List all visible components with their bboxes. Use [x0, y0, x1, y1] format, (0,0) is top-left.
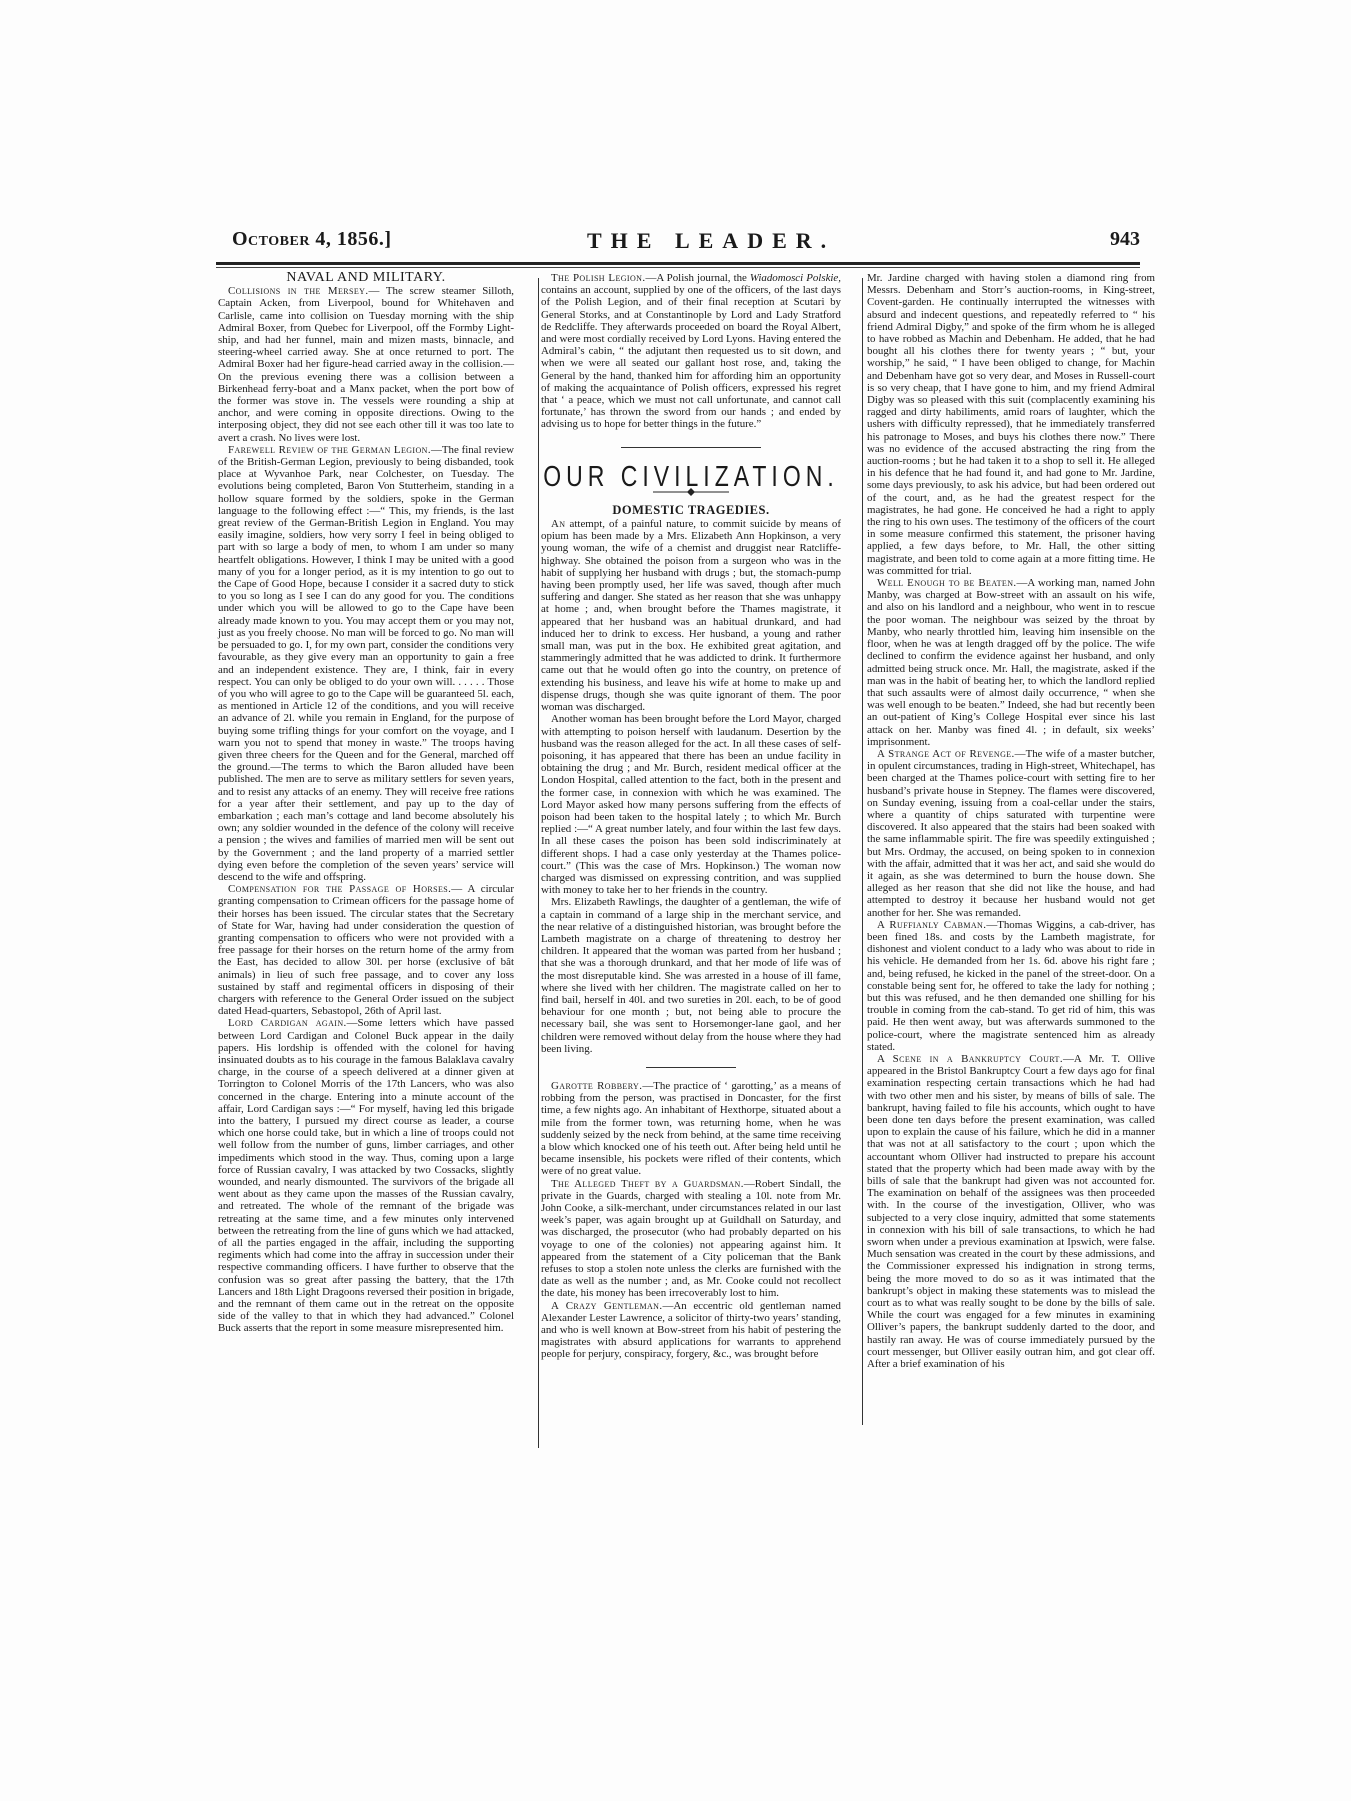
- masthead: October 4, 1856.] THE LEADER. 943: [232, 228, 1140, 254]
- article: An attempt, of a painful nature, to comm…: [541, 518, 841, 713]
- article: Farewell Review of the German Legion.—Th…: [218, 444, 514, 883]
- article-text: —A Polish journal, the: [645, 272, 749, 284]
- article: A Strange Act of Revenge.—The wife of a …: [867, 748, 1155, 919]
- article-lead: Collisions in the Mersey.: [228, 285, 368, 297]
- masthead-rule-thin: [216, 267, 1140, 268]
- newspaper-page: October 4, 1856.] THE LEADER. 943 NAVAL …: [0, 0, 1351, 1801]
- article-text: —A working man, named John Manby, was ch…: [867, 577, 1155, 748]
- article-lead: The Polish Legion.: [551, 272, 645, 284]
- section-divider: [646, 1067, 736, 1068]
- article-text: —Thomas Wiggins, a cab-driver, has been …: [867, 919, 1155, 1053]
- article-lead: The Alleged Theft by a Guardsman.: [551, 1178, 744, 1190]
- article: A Scene in a Bankruptcy Court.—A Mr. T. …: [867, 1053, 1155, 1370]
- naval-articles: Collisions in the Mersey.— The screw ste…: [218, 285, 514, 1334]
- article-lead: Lord Cardigan again.: [228, 1017, 347, 1029]
- section-title-civilization: OUR CIVILIZATION.: [541, 468, 841, 483]
- article-text: attempt, of a painful nature, to commit …: [541, 518, 841, 713]
- article-text: Mrs. Elizabeth Rawlings, the daughter of…: [541, 896, 841, 1054]
- article: Mr. Jardine charged with having stolen a…: [867, 272, 1155, 577]
- article-text: contains an account, supplied by one of …: [541, 284, 841, 430]
- domestic-articles: An attempt, of a painful nature, to comm…: [541, 518, 841, 1055]
- masthead-rule: [216, 262, 1140, 265]
- column-divider-2: [862, 278, 863, 1425]
- article-lead: A Scene in a Bankruptcy Court.: [877, 1053, 1063, 1065]
- article: A Ruffianly Cabman.—Thomas Wiggins, a ca…: [867, 919, 1155, 1053]
- article: Collisions in the Mersey.— The screw ste…: [218, 285, 514, 444]
- crime-articles: Garotte Robbery.—The practice of ‘ garot…: [541, 1080, 841, 1361]
- column-2: The Polish Legion.—A Polish journal, the…: [541, 272, 841, 1361]
- article-text: —Some letters which have passed between …: [218, 1017, 514, 1334]
- column-divider-1: [538, 278, 539, 1448]
- article-text: —A Mr. T. Ollive appeared in the Bristol…: [867, 1053, 1155, 1370]
- article-lead: A Ruffianly Cabman.: [877, 919, 986, 931]
- article-lead: Compensation for the Passage of Horses.: [228, 883, 451, 895]
- article-text: Mr. Jardine charged with having stolen a…: [867, 272, 1155, 577]
- police-articles: Mr. Jardine charged with having stolen a…: [867, 272, 1155, 1370]
- subsection-title-domestic: DOMESTIC TRAGEDIES.: [541, 504, 841, 516]
- article: Compensation for the Passage of Horses.—…: [218, 883, 514, 1017]
- article-lead: A Crazy Gentleman.: [551, 1300, 662, 1312]
- article-text: — The screw steamer Silloth, Captain Ack…: [218, 285, 514, 443]
- article-lead: Farewell Review of the German Legion.: [228, 444, 431, 456]
- article: Garotte Robbery.—The practice of ‘ garot…: [541, 1080, 841, 1178]
- article-text: — A circular granting compensation to Cr…: [218, 883, 514, 1017]
- article: Well Enough to be Beaten.—A working man,…: [867, 577, 1155, 748]
- article-text: Another woman has been brought before th…: [541, 713, 841, 896]
- article: The Alleged Theft by a Guardsman.—Robert…: [541, 1178, 841, 1300]
- article-text: —Robert Sindall, the private in the Guar…: [541, 1178, 841, 1300]
- article: Another woman has been brought before th…: [541, 713, 841, 896]
- column-1: NAVAL AND MILITARY. Collisions in the Me…: [218, 272, 514, 1335]
- page-number: 943: [1110, 228, 1140, 251]
- article-text: —The wife of a master butcher, in opulen…: [867, 748, 1155, 919]
- column-3: Mr. Jardine charged with having stolen a…: [867, 272, 1155, 1370]
- article: Lord Cardigan again.—Some letters which …: [218, 1017, 514, 1334]
- article-lead: A Strange Act of Revenge.: [877, 748, 1015, 760]
- section-divider: [621, 447, 761, 448]
- article-text: —The practice of ‘ garotting,’ as a mean…: [541, 1080, 841, 1177]
- article-text: —The final review of the British-German …: [218, 444, 514, 883]
- newspaper-title: THE LEADER.: [587, 228, 835, 254]
- article: Mrs. Elizabeth Rawlings, the daughter of…: [541, 896, 841, 1055]
- section-title-naval: NAVAL AND MILITARY.: [218, 272, 514, 284]
- issue-date: October 4, 1856.]: [232, 228, 392, 251]
- article-lead: An: [551, 518, 565, 530]
- article: A Crazy Gentleman.—An eccentric old gent…: [541, 1300, 841, 1361]
- journal-name: Wiadomosci Polskie,: [750, 272, 841, 284]
- article-polish-legion: The Polish Legion.—A Polish journal, the…: [541, 272, 841, 431]
- article-lead: Garotte Robbery.: [551, 1080, 642, 1092]
- article-lead: Well Enough to be Beaten.: [877, 577, 1017, 589]
